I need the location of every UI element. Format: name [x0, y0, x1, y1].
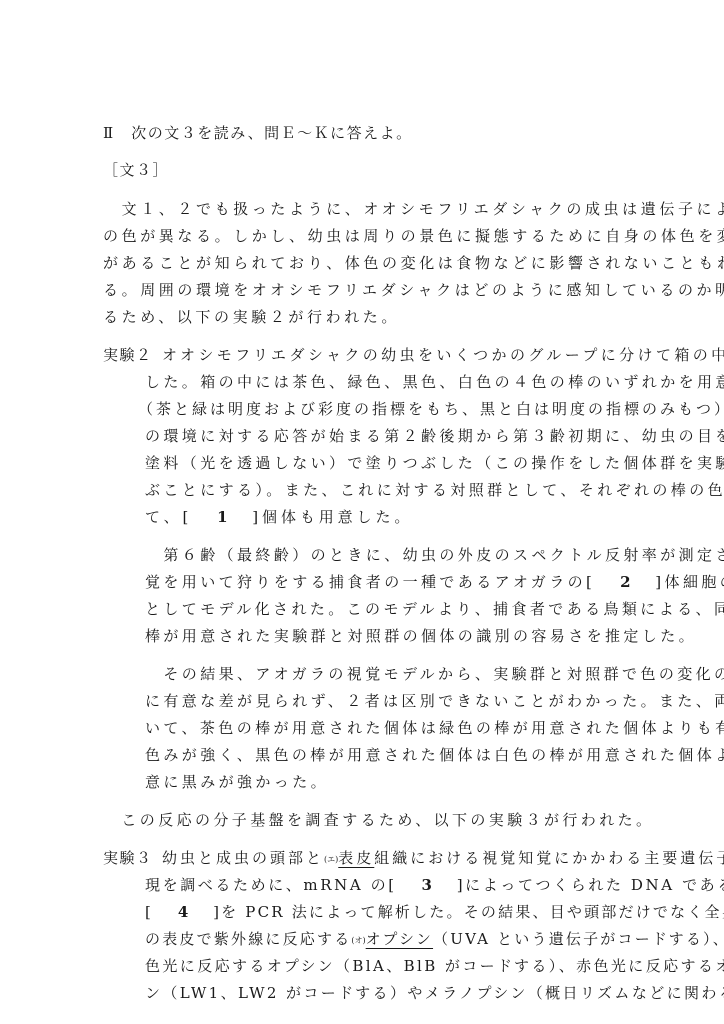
experiment3-line: ン（LW1、LW2 がコードする）やメラノプシン（概日リズムなどに関わる光受 — [145, 983, 724, 1003]
section-heading: Ⅱ 次の文３を読み、問Ｅ～Ｋに答えよ。 — [103, 123, 413, 143]
blank2-box: [2] — [586, 573, 665, 591]
experiment2-line: （茶と緑は明度および彩度の指標をもち、黒と白は明度の指標のみもつ）。周囲 — [138, 399, 724, 419]
experiment2-line: 塗料（光を透過しない）で塗りつぶした（この操作をした個体群を実験群と呼 — [145, 453, 724, 473]
experiment2-para2-line: 第６齢（最終齢）のときに、幼虫の外皮のスペクトル反射率が測定され、視 — [145, 545, 724, 565]
experiment2-para3-line: 意に黒みが強かった。 — [145, 772, 329, 792]
blank2-suffix: 体細胞の刺激 — [665, 573, 724, 591]
experiment2-para3-line: その結果、アオガラの視覚モデルから、実験群と対照群で色の変化の度合い — [145, 664, 724, 684]
experiment2-para3-line: に有意な差が見られず、２者は区別できないことがわかった。また、両群にお — [145, 691, 724, 711]
experiment3-line: 現を調べるために、mRNA の[3]によってつくられた DNA である — [145, 875, 724, 895]
blank2-number: 2 — [595, 572, 655, 592]
intro-line: 文１、２でも扱ったように、オオシモフリエダシャクの成虫は遺伝子によって個体 — [103, 199, 724, 219]
blank1-prefix: て、 — [145, 508, 183, 526]
exam-page: Ⅱ 次の文３を読み、問Ｅ～Ｋに答えよ。 ［文３］ 文１、２でも扱ったように、オオ… — [0, 0, 724, 1024]
experiment2-line: ぶことにする）。また、これに対する対照群として、それぞれの棒の色に対し — [145, 480, 724, 500]
blank1-suffix: 個体も用意した。 — [262, 508, 413, 526]
experiment2-line: の環境に対する応答が始まる第２齢後期から第３齢初期に、幼虫の目を黒色の — [145, 426, 724, 446]
experiment2-para3-line: 色みが強く、黒色の棒が用意された個体は白色の棒が用意された個体よりも有 — [145, 745, 724, 765]
experiment2-para2-line: 覚を用いて狩りをする捕食者の一種であるアオガラの[2]体細胞の刺激 — [145, 572, 724, 592]
experiment3-line: の表皮で紫外線に反応する(オ)オプシン（UVA という遺伝子がコードする）、青 — [145, 929, 724, 951]
underlined-term-o: オプシン — [366, 930, 433, 948]
text: 現を調べるために、mRNA の — [145, 876, 388, 894]
experiment3-label: 実験３ — [103, 848, 153, 868]
text: によってつくられた DNA である — [465, 876, 724, 894]
section-label: ［文３］ — [103, 160, 169, 180]
experiment3-line: [4]を PCR 法によって解析した。その結果、目や頭部だけでなく全身 — [145, 902, 724, 922]
blank2-prefix: 覚を用いて狩りをする捕食者の一種であるアオガラの — [145, 573, 586, 591]
experiment2-para2-line: 棒が用意された実験群と対照群の個体の識別の容易さを推定した。 — [145, 626, 697, 646]
text: 幼虫と成虫の頭部と — [162, 849, 324, 867]
experiment2-line: した。箱の中には茶色、緑色、黒色、白色の４色の棒のいずれかを用意した — [145, 372, 724, 392]
blank1-box: [1] — [183, 508, 263, 526]
text: を PCR 法によって解析した。その結果、目や頭部だけでなく全身 — [221, 903, 724, 921]
blank1-number: 1 — [192, 507, 252, 527]
annotation-o: (オ) — [351, 936, 365, 945]
annotation-e: (エ) — [324, 855, 338, 864]
text: （UVA という遺伝子がコードする）、青 — [433, 930, 724, 948]
intro-line: る。周囲の環境をオオシモフリエダシャクはどのように感知しているのか明らかにす — [103, 280, 724, 300]
intro-line: があることが知られており、体色の変化は食物などに影響されないこともわかってい — [103, 253, 724, 273]
blank3-number: 3 — [397, 875, 457, 895]
blank3-box: [3] — [388, 876, 465, 894]
experiment2-para3-line: いて、茶色の棒が用意された個体は緑色の棒が用意された個体よりも有意に茶 — [145, 718, 724, 738]
text: 組織における視覚知覚にかかわる主要遺伝子の発 — [374, 849, 724, 867]
experiment3-line: 色光に反応するオプシン（BlA、BlB がコードする）、赤色光に反応するオプシ — [145, 956, 724, 976]
experiment3-line: 幼虫と成虫の頭部と(エ)表皮組織における視覚知覚にかかわる主要遺伝子の発 — [162, 848, 724, 870]
experiment2-line: オオシモフリエダシャクの幼虫をいくつかのグループに分けて箱の中で飼育 — [162, 345, 724, 365]
bridge-sentence: この反応の分子基盤を調査するため、以下の実験３が行われた。 — [103, 810, 654, 830]
underlined-term-e: 表皮 — [338, 849, 374, 867]
experiment2-para2-line: としてモデル化された。このモデルより、捕食者である鳥類による、同じ色の — [145, 599, 724, 619]
text: の表皮で紫外線に反応する — [145, 930, 351, 948]
intro-line: るため、以下の実験２が行われた。 — [103, 307, 400, 327]
experiment2-label: 実験２ — [103, 345, 153, 365]
blank4-number: 4 — [153, 902, 213, 922]
blank4-box: [4] — [145, 903, 221, 921]
intro-line: の色が異なる。しかし、幼虫は周りの景色に擬態するために自身の体色を変えること — [103, 226, 724, 246]
blank1-line: て、[1]個体も用意した。 — [145, 507, 413, 527]
